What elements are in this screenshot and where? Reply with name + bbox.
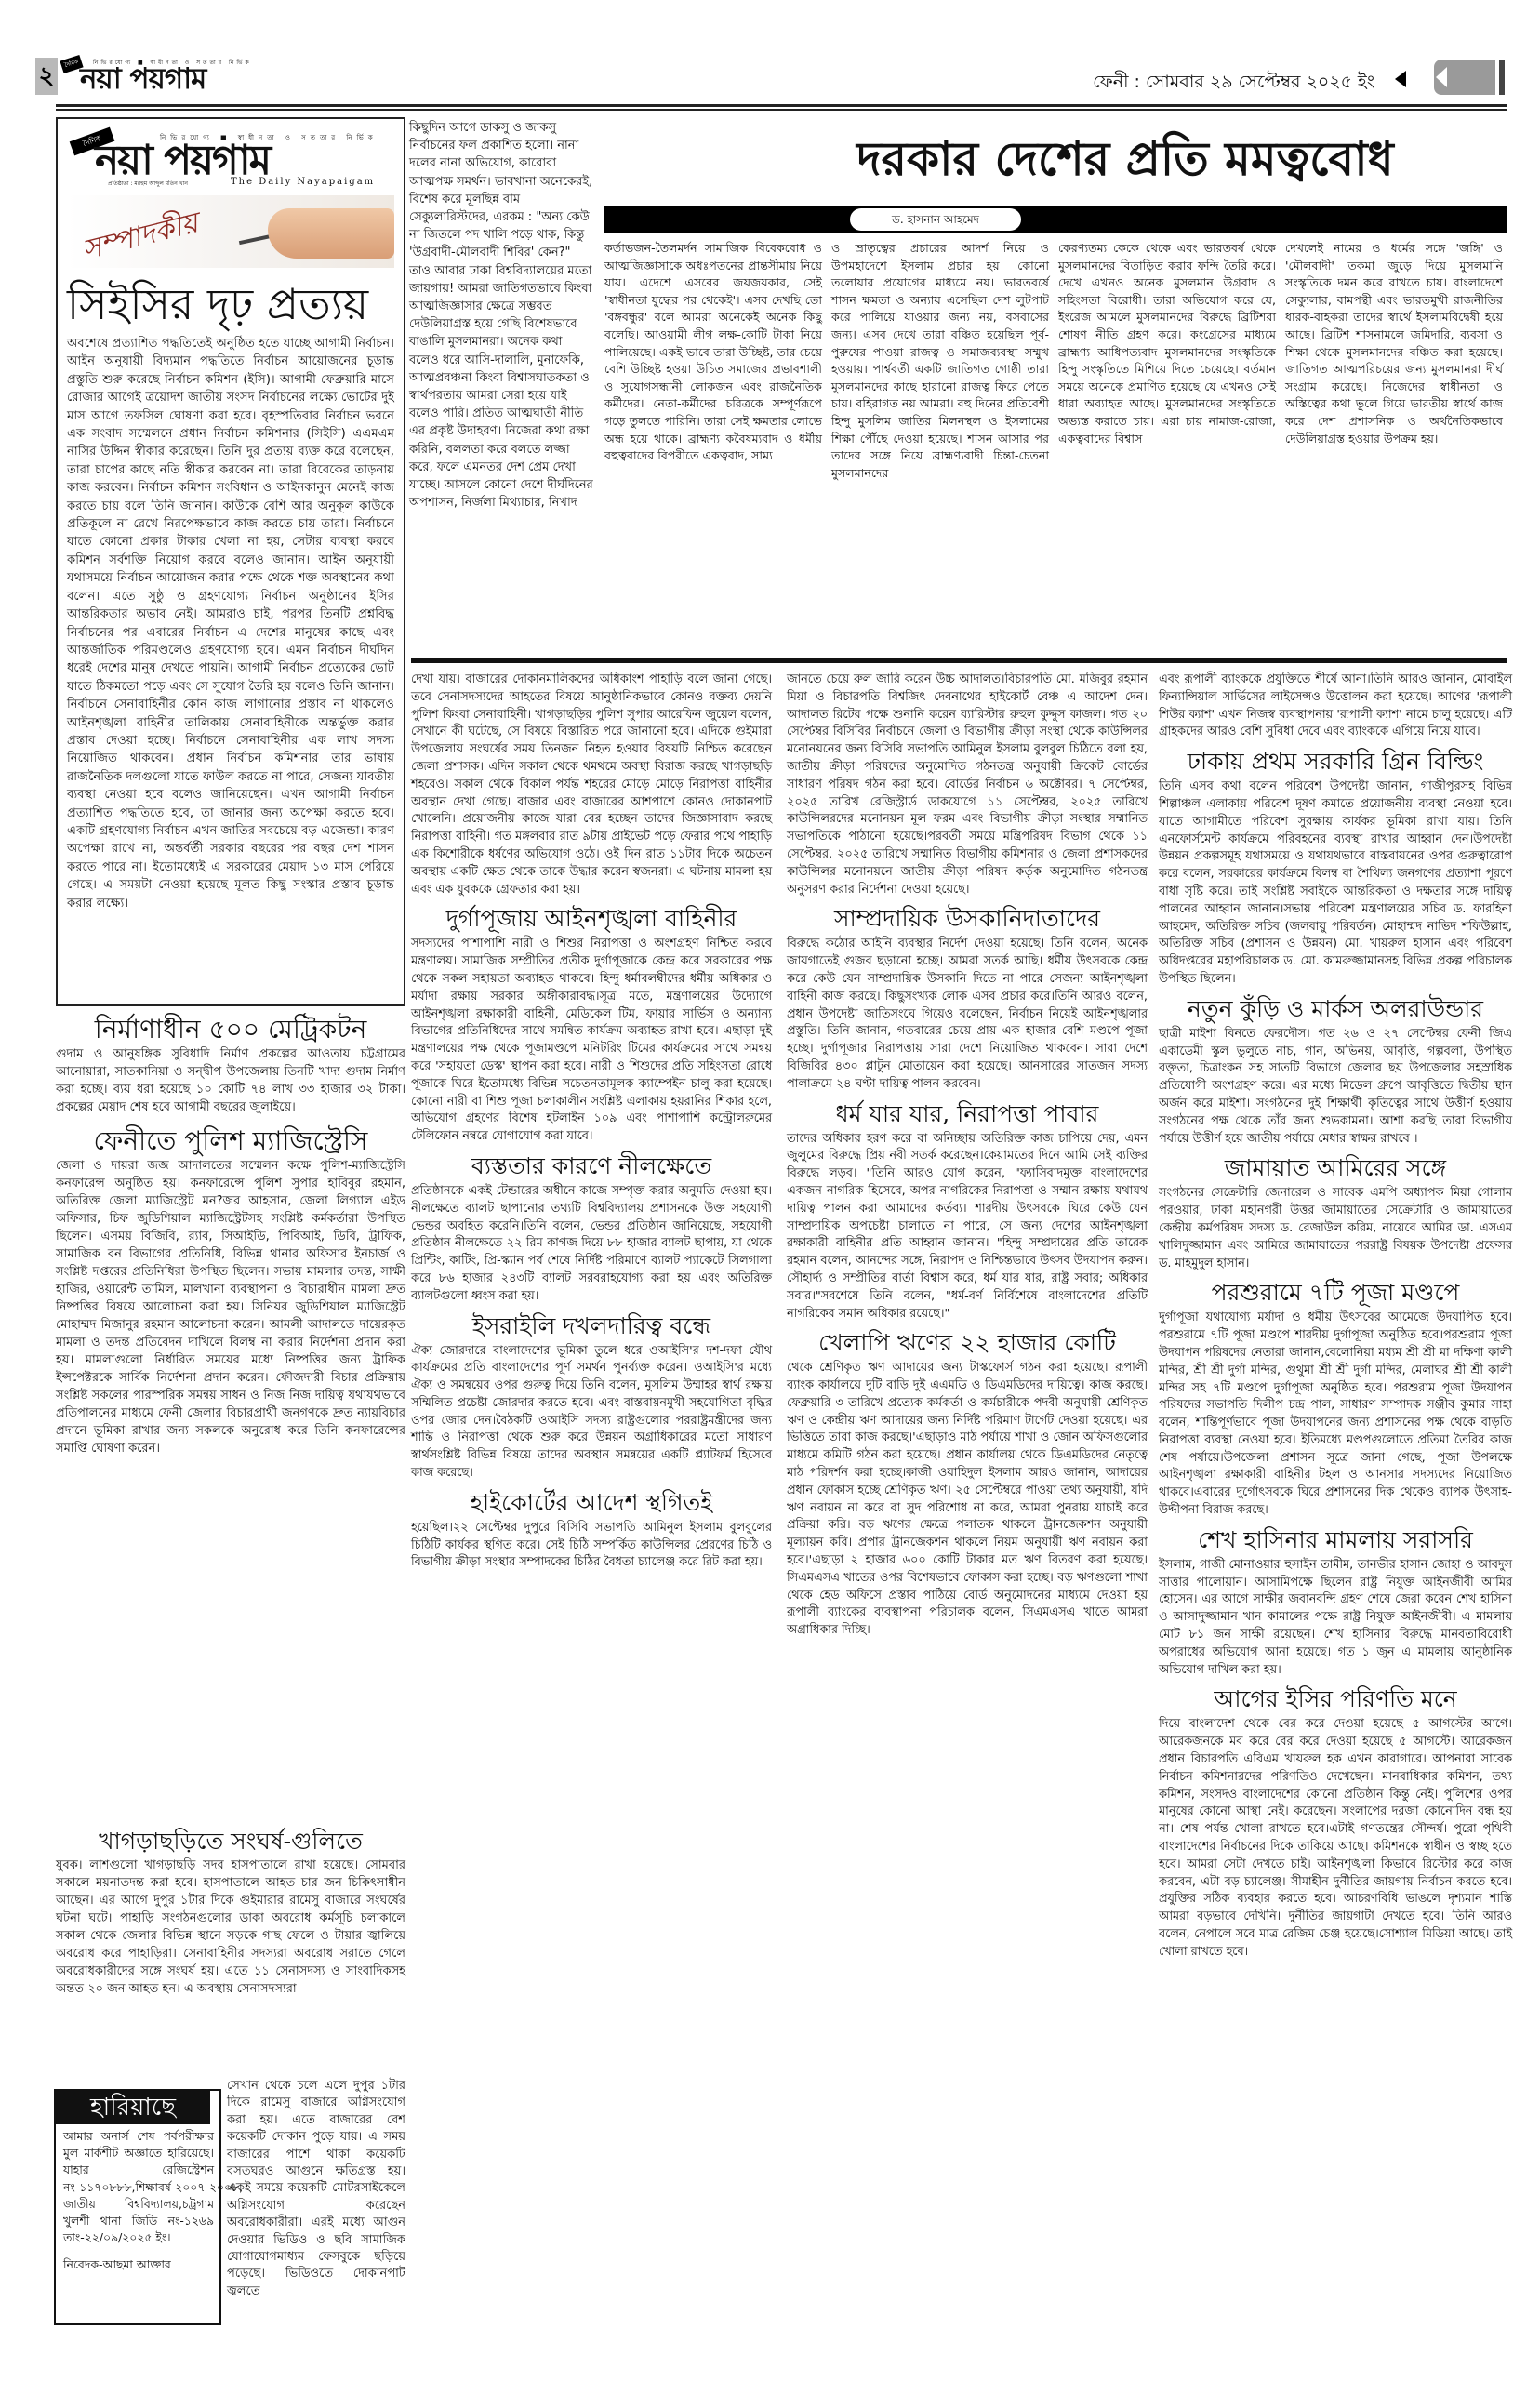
story-body: গুদাম ও আনুষঙ্গিক সুবিধাদি নির্মাণ প্রকল… xyxy=(56,1045,405,1116)
story-headline: খেলাপি ঋণের ২২ হাজার কোটি xyxy=(787,1328,1148,1358)
story-continued-text: সেখান থেকে চলে এলে দুপুর ১টার দিকে রামেস… xyxy=(227,2078,405,2300)
news-column-c: এবং রূপালী ব্যাংককে প্রযুক্তিতে শীর্ষে আ… xyxy=(1159,672,1512,1962)
page-tab-icon xyxy=(1434,60,1495,95)
story-khagrachari-clash: খাগড়াছড়িতে সংঘর্ষ-গুলিতে যুবক। লাশগুলো… xyxy=(56,1827,405,1998)
editorial-founder: প্রতিষ্ঠাতা : মরহুম আব্দুল মতিন খান xyxy=(108,179,188,189)
story-headline: শেখ হাসিনার মামলায় সরাসরি xyxy=(1159,1525,1512,1555)
story-headline: পরশুরামে ৭টি পূজা মণ্ডপে xyxy=(1159,1278,1512,1308)
story-body: সদস্যদের পাশাপাশি নারী ও শিশুর নিরাপত্তা… xyxy=(411,936,772,1146)
story-headline: ঢাকায় প্রথম সরকারি গ্রিন বিল্ডিং xyxy=(1159,747,1512,777)
lost-notice-body: আমার অনার্স শেষ পর্বপরীক্ষার মুল মার্কশী… xyxy=(56,2124,219,2246)
main-article-columns: কর্তাভজন-তৈলমর্দন সামাজিক বিবেকবোধ ও আত্… xyxy=(604,240,1507,482)
story-body: প্রতিষ্ঠানকে একই টেন্ডারের অধীনে কাজে সম… xyxy=(411,1183,772,1306)
lost-notice-ad: হারিয়াছে আমার অনার্স শেষ পর্বপরীক্ষার ম… xyxy=(54,2089,221,2325)
article-column: দেখলেই নামের ও ধর্মের সঙ্গে 'জঙ্গি' ও 'ম… xyxy=(1285,240,1503,482)
dateline: ফেনী : সোমবার ২৯ সেপ্টেম্বর ২০২৫ ইং xyxy=(1093,69,1374,99)
story-headline: জামায়াত আমিরের সঙ্গে xyxy=(1159,1153,1512,1183)
lost-notice-title: হারিয়াছে xyxy=(56,2091,210,2124)
editorial-body: অবশেষে প্রত্যাশিত পদ্ধতিতেই অনুষ্ঠিত হতে… xyxy=(67,335,394,912)
story-body: ঐক্য জোরদারে বাংলাদেশের ভূমিকা তুলে ধরে … xyxy=(411,1343,772,1483)
news-column-a: দেখা যায়। বাজারের দোকানমালিকদের অধিকাংশ… xyxy=(411,672,772,1572)
editorial-title: সিইসির দৃঢ় প্রত্যয় xyxy=(67,281,394,327)
editorial-box: দৈনিক নিভিরযোগ্য ■ স্বাধীনতা ও সততার নির… xyxy=(56,117,405,1006)
story-headline: ফেনীতে পুলিশ ম্যাজিস্ট্রেসি xyxy=(56,1125,405,1157)
story-body: সংগঠনের সেক্রেটারি জেনারেল ও সাবেক এমপি … xyxy=(1159,1185,1512,1272)
logo-name: নয়া পয়গাম xyxy=(80,63,206,95)
page-tab-bar xyxy=(1499,60,1505,95)
story-body: জানতে চেয়ে রুল জারি করেন উচ্চ আদালত।বিচ… xyxy=(787,672,1148,898)
section-divider xyxy=(411,658,1507,663)
story-body: থেকে শ্রেণিকৃত ঋণ আদায়ের জন্য টাস্কফোর্… xyxy=(787,1360,1148,1640)
editorial-banner-word: সম্পাদকীয় xyxy=(78,200,204,268)
lost-notice-signature: নিবেদক-আছমা আক্তার xyxy=(56,2246,219,2276)
story-body: দুর্গাপূজা যথাযোগ্য মর্যাদা ও ধর্মীয় উৎ… xyxy=(1159,1310,1512,1520)
story-body: দিয়ে বাংলাদেশ থেকে বের করে দেওয়া হয়েছ… xyxy=(1159,1716,1512,1961)
story-headline: হাইকোর্টের আদেশ স্থগিতই xyxy=(411,1488,772,1518)
article-column: কেরণ্যতম্য কেকে থেকে এবং ভারতবর্ষ থেকে ম… xyxy=(1058,240,1276,482)
news-column-b: জানতে চেয়ে রুল জারি করেন উচ্চ আদালত।বিচ… xyxy=(787,672,1148,1640)
story-body: ইসলাম, গাজী মোনাওয়ার হুসাইন তামীম, তানভ… xyxy=(1159,1557,1512,1680)
article-column: ও ভ্রাতৃত্বের প্রচারের আদর্শ নিয়ে ও উপম… xyxy=(831,240,1049,482)
story-body: দেখা যায়। বাজারের দোকানমালিকদের অধিকাংশ… xyxy=(411,672,772,898)
story-police-magistracy: ফেনীতে পুলিশ ম্যাজিস্ট্রেসি জেলা ও দায়র… xyxy=(56,1125,405,1457)
editorial-logo: দৈনিক নিভিরযোগ্য ■ স্বাধীনতা ও সততার নির… xyxy=(67,125,394,192)
writing-hand-icon xyxy=(268,208,394,259)
story-body: এবং রূপালী ব্যাংককে প্রযুক্তিতে শীর্ষে আ… xyxy=(1159,672,1512,741)
page-number: ২ xyxy=(35,58,58,95)
story-headline: আগের ইসির পরিণতি মনে xyxy=(1159,1684,1512,1714)
page-arrow-icon xyxy=(1395,71,1406,87)
editorial-banner-image: সম্পাদকীয় xyxy=(67,195,394,268)
story-warehouse: নির্মাণাধীন ৫০০ মেট্রিকটন গুদাম ও আনুষঙ্… xyxy=(56,1014,405,1116)
story-headline: ব্যস্ততার কারণে নীলক্ষেতে xyxy=(411,1151,772,1181)
editorial-english-name: The Daily Nayapaigam xyxy=(231,177,375,187)
story-body: তাদের অধিকার হরণ করে বা অনিচ্ছায় অতিরিক… xyxy=(787,1131,1148,1324)
byline-bar: ড. হাসনান আহমেদ xyxy=(604,206,1507,233)
page-masthead: ২ দৈনিক নিভিরযোগ্য ■ স্বাধীনতা ও সততার ন… xyxy=(35,58,1505,110)
story-body: হয়েছিল।২২ সেপ্টেম্বর দুপুরে বিসিবি সভাপ… xyxy=(411,1520,772,1572)
article-column: কর্তাভজন-তৈলমর্দন সামাজিক বিবেকবোধ ও আত্… xyxy=(604,240,822,482)
story-headline: নির্মাণাধীন ৫০০ মেট্রিকটন xyxy=(56,1014,405,1045)
story-body: বিরুদ্ধে কঠোর আইনি ব্যবস্থার নির্দেশ দেও… xyxy=(787,936,1148,1093)
story-body: জেলা ও দায়রা জজ আদালতের সম্মেলন কক্ষে প… xyxy=(56,1157,405,1457)
story-headline: খাগড়াছড়িতে সংঘর্ষ-গুলিতে xyxy=(56,1827,405,1856)
main-article-headline: দরকার দেশের প্রতি মমত্ববোধ xyxy=(725,117,1525,201)
article-byline: ড. হাসনান আহমেদ xyxy=(850,208,1021,231)
masthead-rule xyxy=(56,104,1507,111)
story-body: যুবক। লাশগুলো খাগড়াছড়ি সদর হাসপাতালে র… xyxy=(56,1856,405,1998)
story-headline: ধর্ম যার যার, নিরাপত্তা পাবার xyxy=(787,1099,1148,1129)
story-headline: ইসরাইলি দখলদারিত্ব বন্ধে xyxy=(411,1311,772,1341)
story-body: তিনি এসব কথা বলেন পরিবেশ উপদেষ্টা জানান,… xyxy=(1159,778,1512,989)
story-headline: সাম্প্রদায়িক উসকানিদাতাদের xyxy=(787,904,1148,934)
story-body: ছাত্রী মাইশা বিনতে ফেরদৌস। গত ২৬ ও ২৭ সে… xyxy=(1159,1026,1512,1149)
story-headline: নতুন কুঁড়ি ও মার্কস অলরাউন্ডার xyxy=(1159,994,1512,1024)
story-headline: দুর্গাপূজায় আইনশৃঙ্খলা বাহিনীর xyxy=(411,904,772,934)
article-intro-column: কিছুদিন আগে ডাকসু ও জাকসু নির্বাচনের ফল … xyxy=(409,119,595,512)
